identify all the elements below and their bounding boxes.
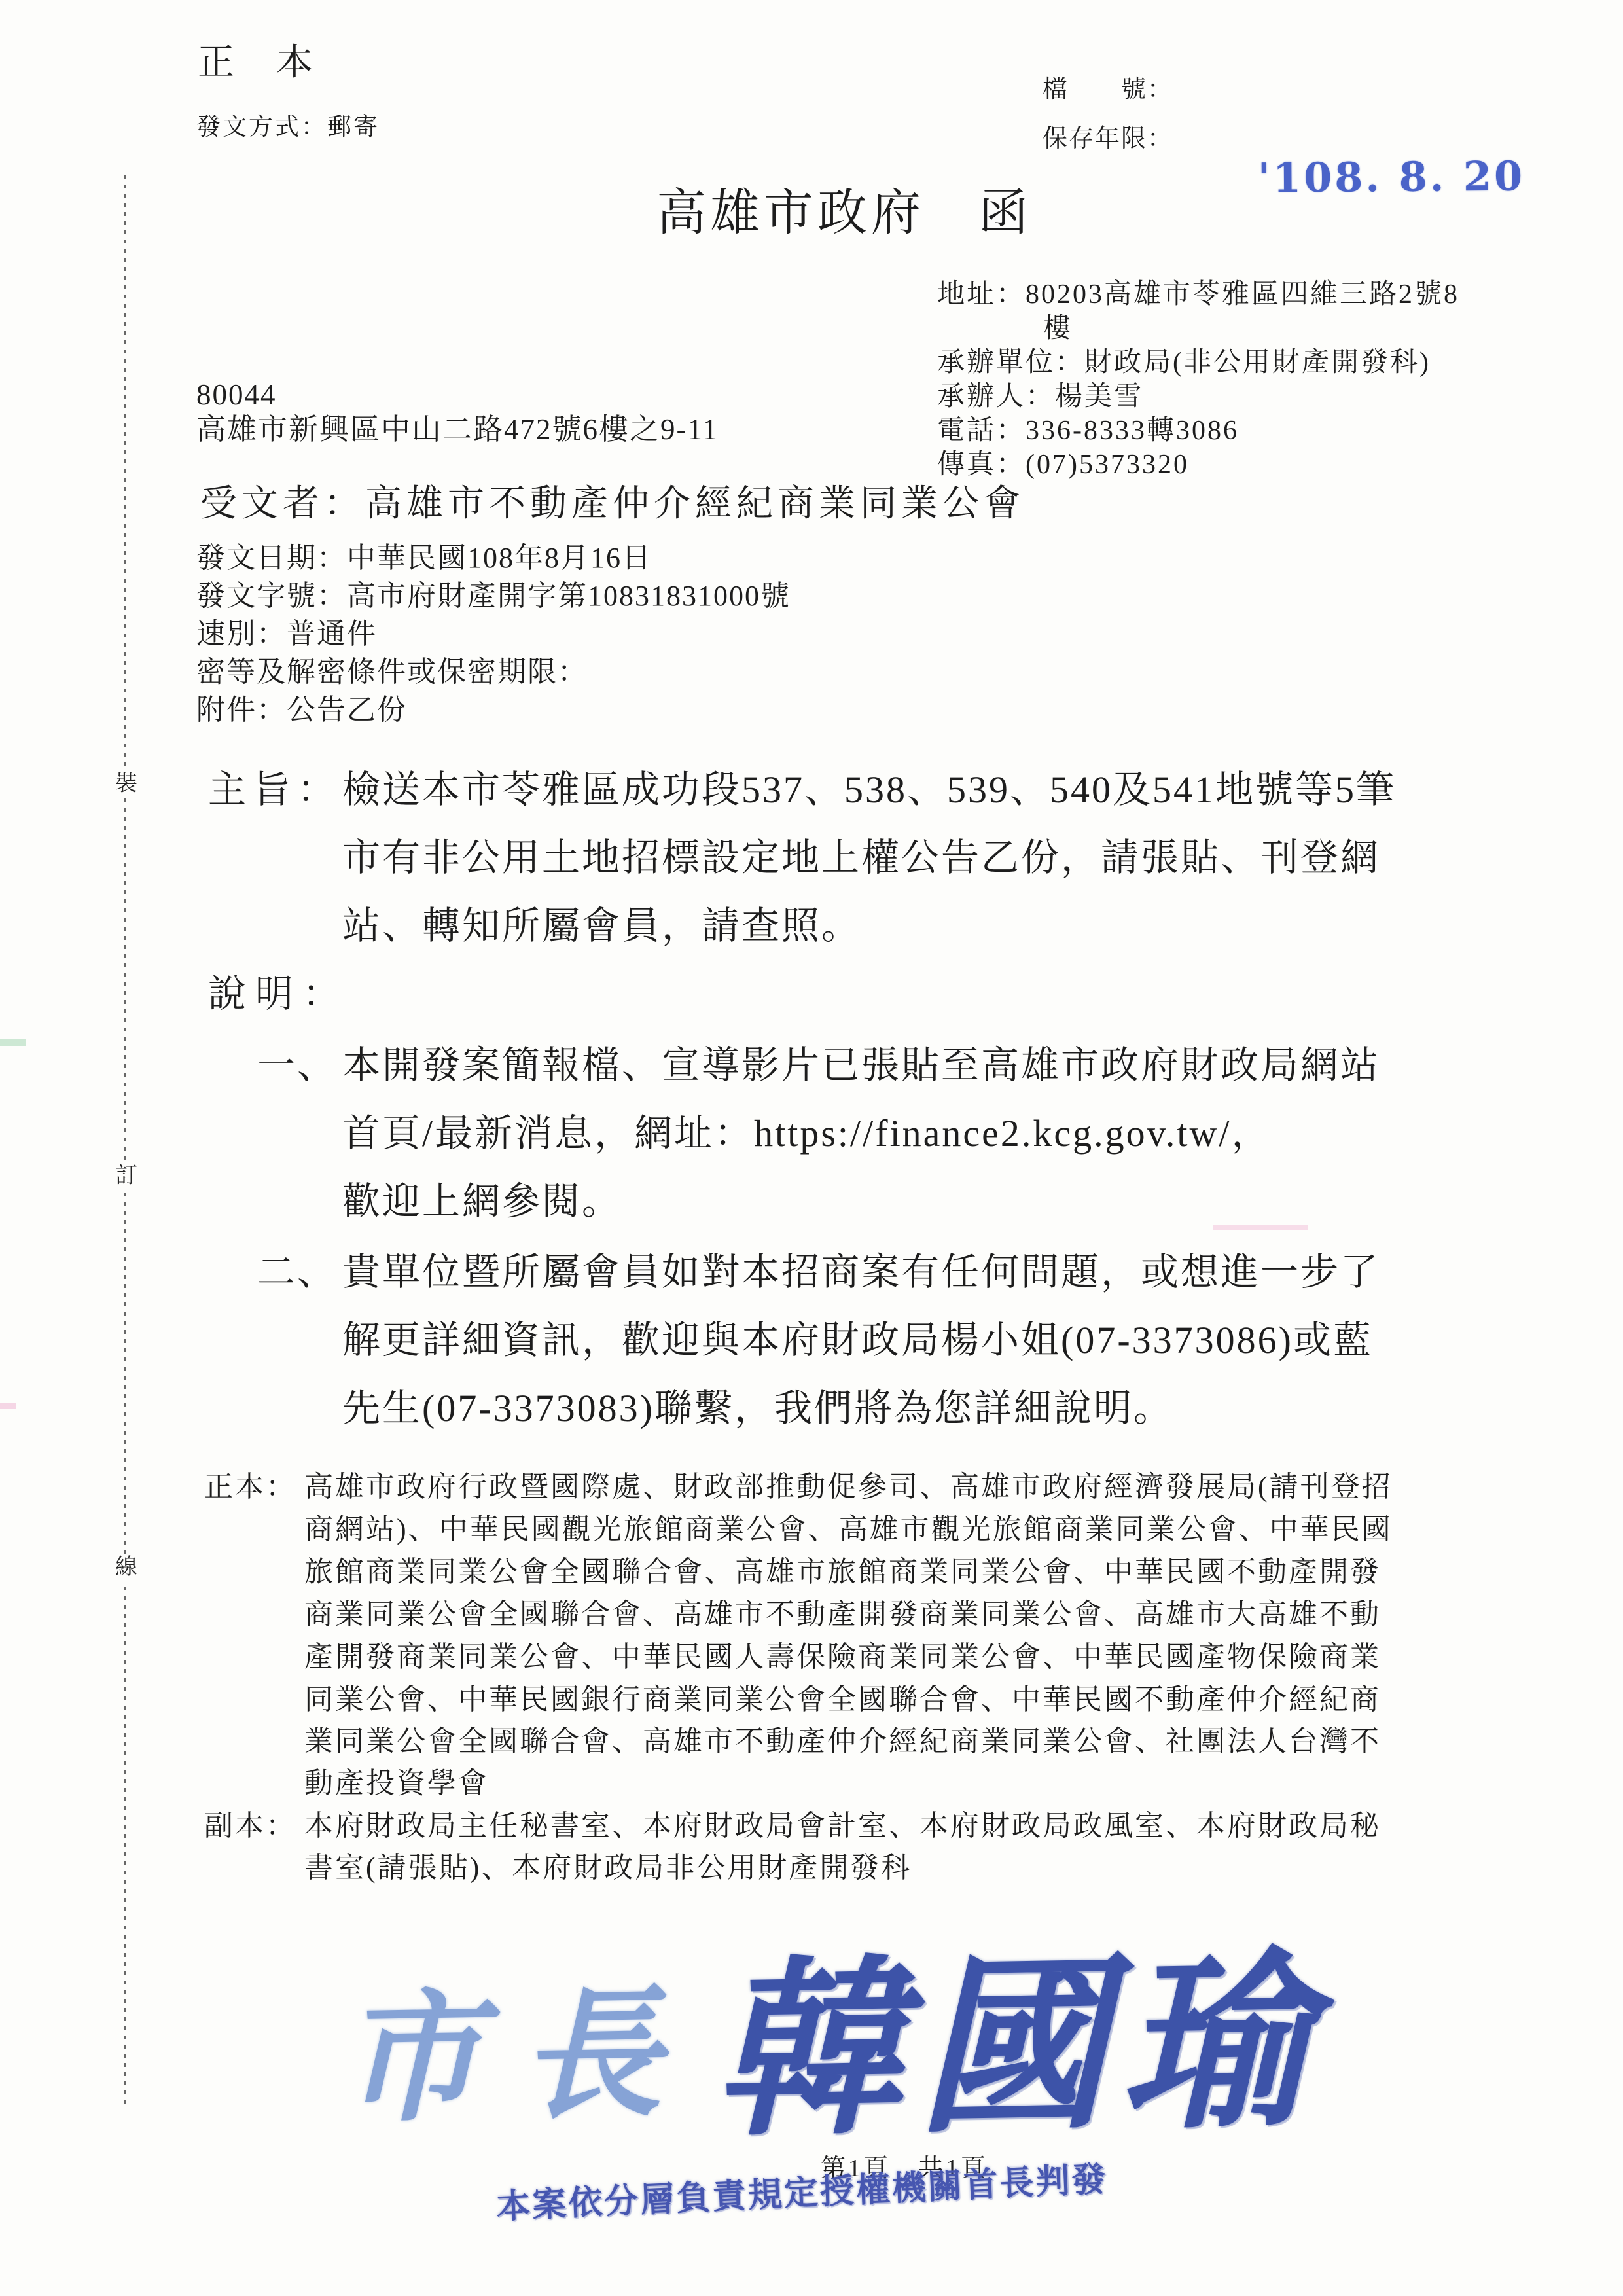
copy-list-line: 書室(請張貼)、本府財政局非公用財產開發科: [304, 1854, 912, 1882]
retention-period-label: 保存年限：: [1043, 126, 1173, 151]
subject-line-1: 檢送本市苓雅區成功段537、538、539、540及541地號等5筆: [342, 771, 1396, 809]
original-list-line: 業同業公會全國聯合會、高雄市不動產仲介經紀商業同業公會、社團法人台灣不: [304, 1727, 1381, 1756]
agency-address-line2: 樓: [1043, 315, 1073, 342]
url-underline-highlight: [1213, 1225, 1308, 1230]
meta-issue-date: 發文日期：中華民國108年8月16日: [196, 544, 652, 573]
recipient-address: 高雄市新興區中山二路472號6樓之9-11: [196, 415, 719, 444]
binding-mark-ding: 訂: [115, 1163, 137, 1189]
description-item1-line1: 本開發案簡報檔、宣導影片已張貼至高雄市政府財政局網站: [342, 1047, 1380, 1085]
recipient-zip: 80044: [196, 380, 277, 410]
agency-phone: 電話：336-8333轉3086: [937, 417, 1239, 444]
copy-list-label: 副本：: [204, 1812, 296, 1840]
mayor-signature-block: 市長 韓國瑜: [338, 1926, 1324, 2178]
meta-attachment: 附件：公告乙份: [196, 696, 407, 725]
agency-address-line1: 地址：80203高雄市苓雅區四維三路2號8: [937, 281, 1459, 308]
meta-doc-number: 發文字號：高市府財產開字第10831831000號: [196, 582, 791, 611]
description-heading: 說明：: [208, 975, 349, 1013]
description-item2-line2: 解更詳細資訊，歡迎與本府財政局楊小姐(07-3373086)或藍: [342, 1321, 1373, 1359]
binding-dotted-line: [124, 175, 126, 2104]
original-list-line: 商網站)、中華民國觀光旅館商業公會、高雄市觀光旅館商業同業公會、中華民國: [304, 1515, 1393, 1544]
original-list-line: 旅館商業同業公會全國聯合會、高雄市旅館商業同業公會、中華民國不動產開發: [304, 1558, 1381, 1587]
copy-type-label: 正 本: [198, 45, 315, 81]
copy-list-line: 本府財政局主任秘書室、本府財政局會計室、本府財政局政風室、本府財政局秘: [304, 1812, 1381, 1840]
official-letter-page: 裝 訂 線 正 本 發文方式：郵寄 檔 號： 保存年限： '108. 8. 20…: [0, 0, 1623, 2296]
meta-security: 密等及解密條件或保密期限：: [196, 658, 588, 687]
description-item1-line2: 首頁/最新消息，網址：https://finance2.kcg.gov.tw/，: [342, 1115, 1272, 1153]
original-list-line: 商業同業公會全國聯合會、高雄市不動產開發商業同業公會、高雄市大高雄不動: [304, 1600, 1381, 1629]
description-item1-line3: 歡迎上網參閱。: [342, 1183, 622, 1221]
meta-priority: 速別：普通件: [196, 620, 377, 649]
original-list-label: 正本：: [204, 1473, 296, 1501]
description-item2-bullet: 二、: [257, 1253, 337, 1291]
agency-unit: 承辦單位：財政局(非公用財產開發科): [937, 349, 1431, 376]
agency-contact-person: 承辦人：楊美雪: [937, 383, 1143, 410]
binding-mark-zhuang: 裝: [115, 771, 137, 797]
original-list-line: 動產投資學會: [304, 1769, 489, 1798]
send-method-label: 發文方式：郵寄: [196, 115, 380, 139]
original-list-line: 高雄市政府行政暨國際處、財政部推動促參司、高雄市政府經濟發展局(請刊登招: [304, 1473, 1393, 1501]
original-list-line: 產開發商業同業公會、中華民國人壽保險商業同業公會、中華民國產物保險商業: [304, 1643, 1381, 1672]
original-list-line: 同業公會、中華民國銀行商業同業公會全國聯合會、中華民國不動產仲介經紀商: [304, 1685, 1381, 1714]
document-title: 高雄市政府 函: [656, 188, 1032, 238]
file-number-label: 檔 號：: [1043, 77, 1173, 102]
received-date-stamp: '108. 8. 20: [1258, 156, 1525, 199]
agency-fax: 傳真：(07)5373320: [937, 451, 1189, 478]
subject-line-3: 站、轉知所屬會員，請查照。: [342, 907, 861, 945]
mayor-name-signature: 韓國瑜: [711, 1948, 1323, 2149]
binding-mark-xian: 線: [115, 1554, 137, 1581]
subject-label: 主旨：: [208, 771, 342, 809]
recipient-line: 受文者：高雄市不動產仲介經紀商業同業公會: [200, 486, 1025, 522]
description-item2-line3: 先生(07-3373083)聯繫，我們將為您詳細說明。: [342, 1390, 1173, 1427]
description-item1-bullet: 一、: [257, 1047, 337, 1085]
mayor-title-stamp: 市長: [339, 1984, 702, 2131]
scan-artifact-pink: [0, 1403, 16, 1409]
scan-artifact-green: [0, 1039, 26, 1046]
subject-line-2: 市有非公用土地招標設定地上權公告乙份，請張貼、刊登網: [342, 839, 1380, 877]
description-item2-line1: 貴單位暨所屬會員如對本招商案有任何問題，或想進一步了: [342, 1253, 1380, 1291]
